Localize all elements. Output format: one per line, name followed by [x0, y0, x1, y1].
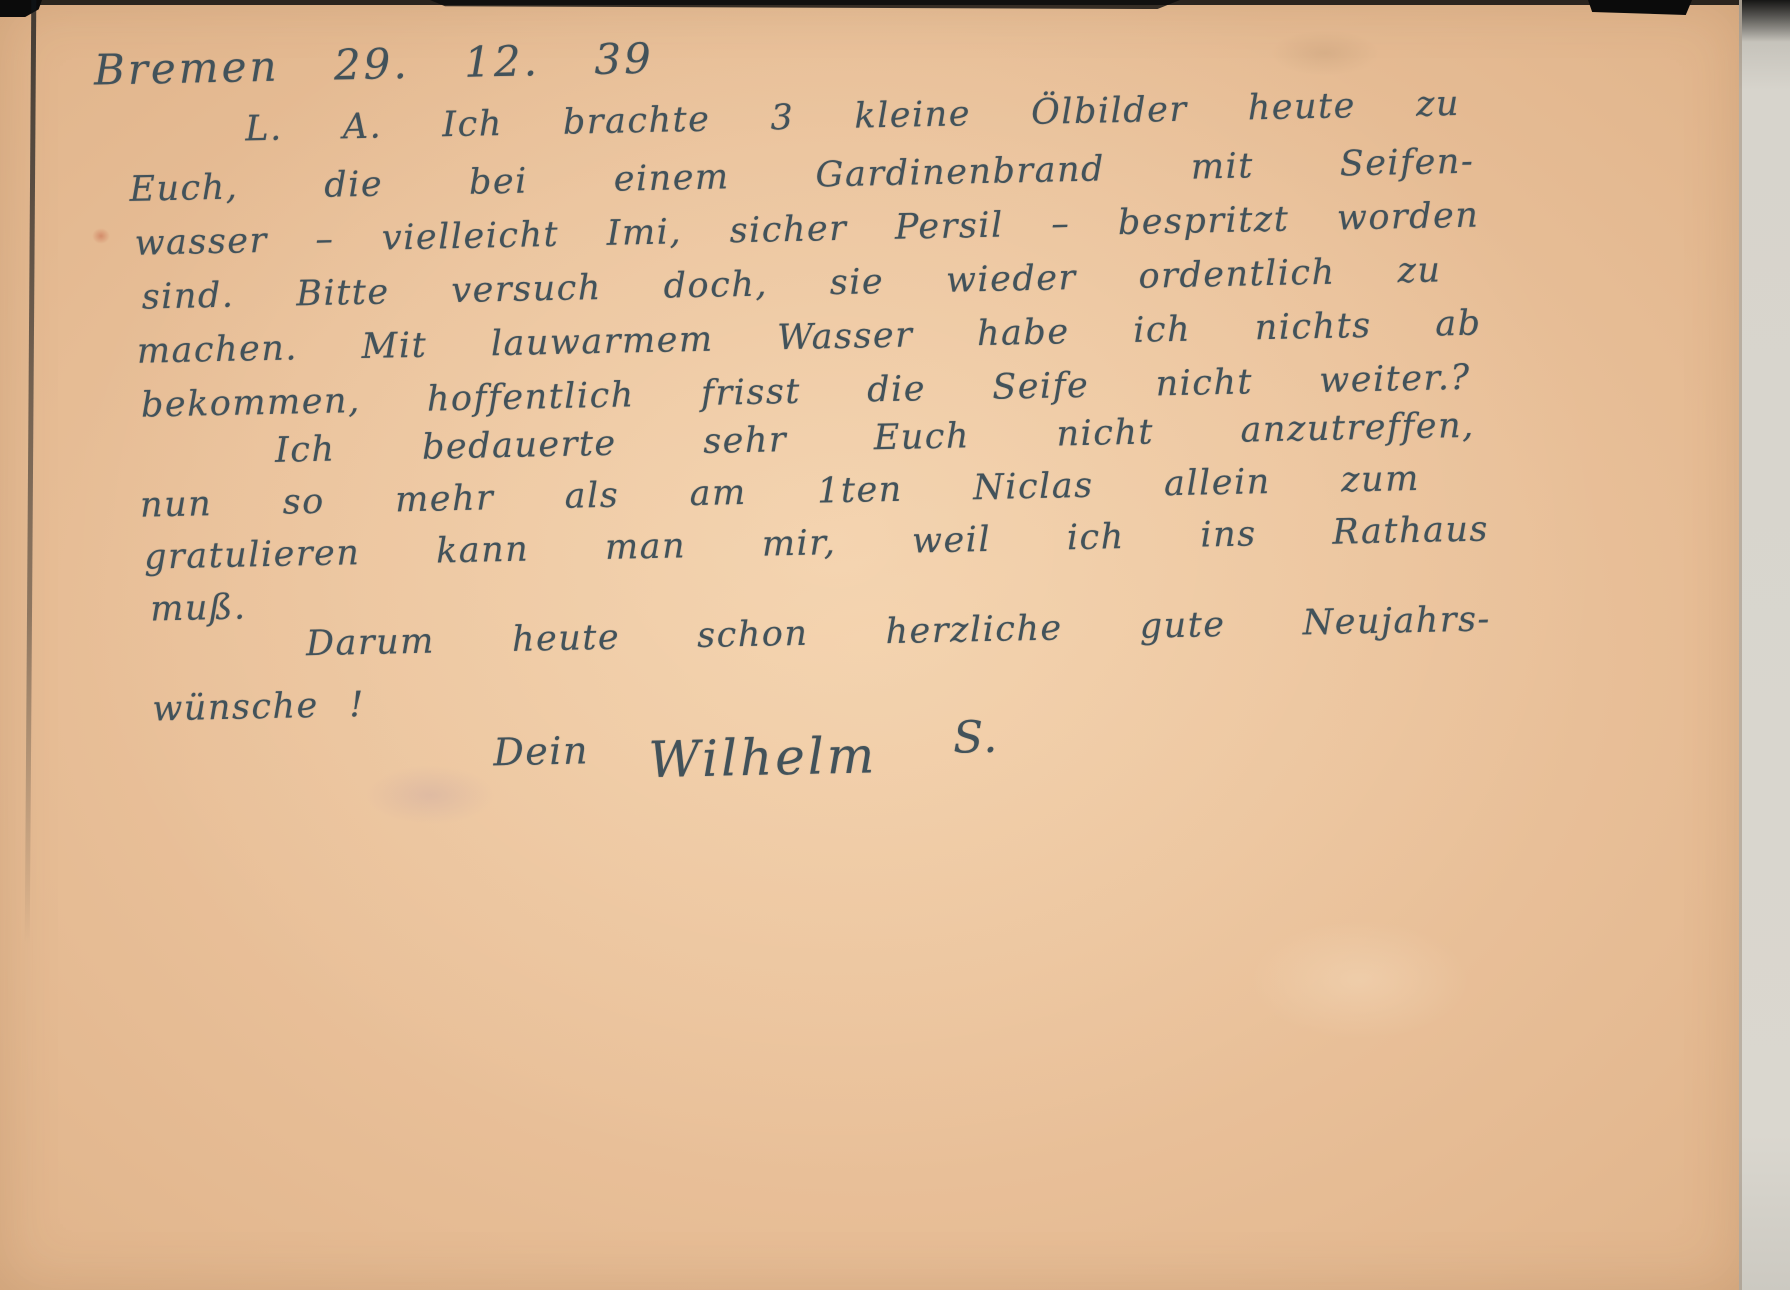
signature-initial: S.: [953, 712, 1000, 764]
signature-prefix: Dein: [493, 728, 589, 774]
signature-name: Wilhelm: [648, 726, 878, 789]
handwriting-line: wünsche !: [152, 685, 365, 729]
handwriting-line: muß.: [150, 587, 247, 629]
handwriting-layer: Bremen 29. 12. 39 L. A. Ich brachte 3 kl…: [0, 0, 1790, 1290]
handwriting-line: L. A. Ich brachte 3 kleine Ölbilder heut…: [245, 84, 1461, 149]
dateline: Bremen 29. 12. 39: [93, 34, 654, 95]
handwriting-line: Darum heute schon herzliche gute Neujahr…: [306, 599, 1492, 664]
